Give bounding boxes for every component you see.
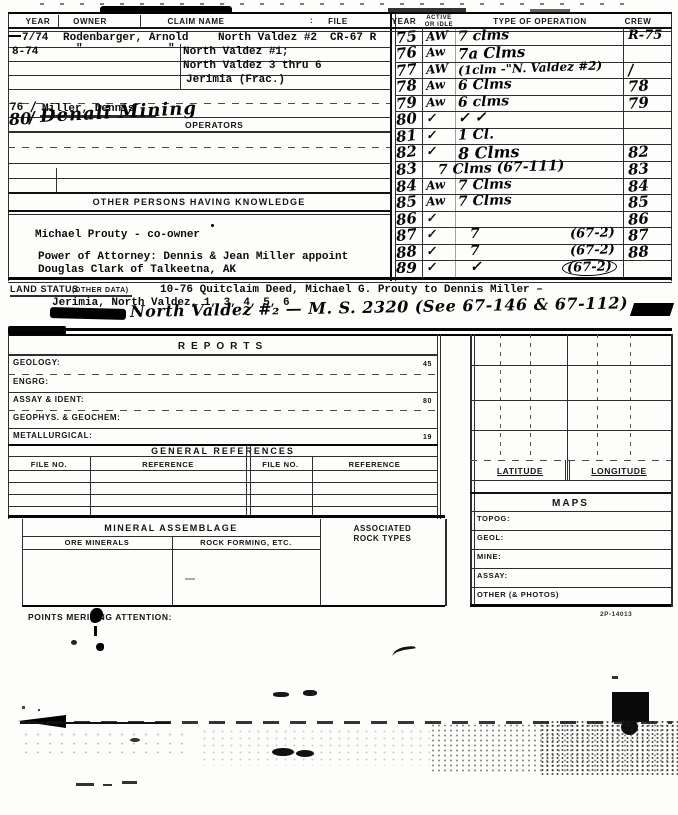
ops-row-1976: 76Aw7a Clms [392, 45, 674, 62]
ops-row-1989: 89✓✓(67-2) [392, 260, 674, 277]
ops-row-1983: 837 Clms (67-111)83 [392, 161, 674, 178]
scan-artifact [388, 8, 466, 12]
ops-crew: 88 [627, 242, 649, 261]
genref-divider [90, 456, 91, 517]
rule [8, 354, 438, 356]
row-rule [8, 147, 390, 148]
ops-operation: 7 Clms [458, 192, 512, 210]
reports-right-edge [440, 334, 441, 519]
ops-active-idle: Aw [425, 77, 445, 93]
report-row-num: 45 [412, 361, 432, 369]
rule [470, 568, 671, 569]
col-header-crew: CREW [616, 18, 660, 27]
report-row-label: GEOLOGY: [13, 359, 60, 368]
scan-dashed-line [20, 722, 170, 724]
ops-operation: 6 clms [458, 93, 510, 111]
ops-active-idle: ✓ [425, 260, 436, 275]
maps-row-geol: GEOL: [477, 534, 504, 542]
row-rule [8, 89, 390, 90]
knowledge-line: Power of Attorney: Dennis & Jean Miller … [38, 251, 348, 264]
scan-noise [200, 728, 430, 766]
scan-artifact [71, 640, 77, 645]
claim-name: North Valdez #2 [218, 32, 317, 45]
report-row-num: 80 [412, 398, 432, 406]
rule [470, 549, 671, 550]
rule [470, 587, 671, 588]
ops-file-ref: (67-2) [570, 242, 615, 259]
genref-divider [246, 446, 247, 517]
ops-crew: 79 [627, 93, 649, 112]
col-header-type-of-operation: TYPE OF OPERATION [470, 18, 610, 27]
ops-active-idle: ✓ [425, 111, 436, 126]
ops-row-1979: 79Aw6 clms79 [392, 95, 674, 112]
latlong-divider [569, 460, 570, 480]
ops-active-idle: Aw [425, 44, 445, 60]
ops-row-1978: 78Aw6 Clms78 [392, 78, 674, 95]
rule [8, 482, 438, 483]
band-rule [8, 214, 390, 215]
ops-row-1985: 85Aw7 Clms85 [392, 194, 674, 211]
report-row-label: METALLURGICAL: [13, 432, 92, 441]
rock-forming-col: ROCK FORMING, ETC. [172, 539, 320, 547]
maps-row-assay: ASSAY: [477, 572, 508, 580]
rule [8, 428, 438, 429]
ops-operation: ✓ ✓ [458, 110, 487, 127]
row-rule [8, 178, 390, 179]
rule [8, 456, 438, 457]
ops-operation: 7 Clms [458, 176, 512, 194]
claim-file: CR-67 R [330, 32, 376, 45]
rule [470, 492, 671, 494]
scan-artifact [211, 224, 214, 227]
ops-operation: 7a Clms [458, 43, 526, 63]
section-rule [8, 334, 672, 336]
ops-active-idle: AW [425, 61, 448, 77]
maps-title: MAPS [470, 498, 671, 509]
report-row-label: ASSAY & IDENT: [13, 396, 84, 405]
grid-line [597, 334, 598, 460]
report-row-label: GEOPHYS. & GEOCHEM: [13, 414, 120, 423]
scan-artifact [38, 709, 40, 711]
ops-active-idle: Aw [425, 193, 445, 209]
claim-col-divider [180, 44, 181, 89]
claim-year: 8-74 [12, 46, 38, 59]
ore-minerals-col: ORE MINERALS [22, 539, 172, 547]
rule [470, 511, 671, 512]
rule [8, 374, 438, 375]
report-row-label: ENGRG: [13, 378, 49, 387]
associated-rock-types: ASSOCIATED [320, 525, 445, 534]
genref-col-reference: REFERENCE [312, 461, 437, 469]
scan-artifact [103, 784, 112, 786]
genref-col-reference: REFERENCE [90, 461, 246, 469]
form-number: 2P-14013 [600, 611, 632, 618]
rule [8, 506, 438, 507]
section-rule [8, 282, 672, 283]
land-status-sublabel: (OTHER DATA) [72, 287, 129, 295]
rule [22, 549, 320, 550]
genref-divider [250, 446, 251, 517]
ops-operation: 1 Cl. [458, 126, 494, 143]
ops-operation: ✓ [470, 259, 482, 275]
scan-artifact [122, 781, 137, 784]
ink-blot [94, 626, 97, 636]
frame-left [8, 334, 9, 519]
grid-line [470, 400, 671, 401]
ops-row-1987: 87✓7(67-2)87 [392, 227, 674, 244]
col-header-file: FILE [318, 18, 358, 27]
ops-active-idle: ✓ [425, 244, 436, 259]
header-tick [140, 15, 141, 27]
latlong-divider [565, 460, 566, 480]
slash-mark: / [29, 108, 36, 127]
genref-col-file-no: FILE NO. [249, 461, 312, 469]
rule [8, 392, 438, 393]
band-rule [8, 210, 390, 212]
ops-row-1975: 75AW7 clmsR-75 [392, 29, 674, 46]
grid-line [530, 334, 531, 460]
grid-line [500, 334, 501, 460]
ops-active-idle: ✓ [425, 227, 436, 242]
longitude-label: LONGITUDE [569, 467, 669, 476]
rule [8, 494, 438, 495]
row-rule [8, 131, 390, 133]
knowledge-line: Michael Prouty - co-owner [35, 229, 200, 242]
genref-divider [312, 456, 313, 517]
ditto-mark: " [76, 43, 83, 56]
ops-operation: 7 [470, 243, 480, 259]
scan-artifact [50, 307, 126, 320]
operators-label: OPERATORS [185, 121, 243, 130]
knowledge-line: Douglas Clark of Talkeetna, AK [38, 264, 236, 277]
ops-active-idle: AW [425, 28, 448, 44]
report-row-num: 19 [412, 434, 432, 442]
col-header-claim-name: CLAIM NAME [146, 18, 246, 27]
ops-file-ref: (67-2) [562, 258, 617, 277]
grid-line [567, 334, 568, 480]
associated-rock-types: ROCK TYPES [320, 535, 445, 544]
scan-noise [20, 730, 190, 760]
header-colon: : [310, 17, 313, 26]
ops-operation: 7 [470, 226, 480, 242]
ops-operation: 7 Clms (67-111) [438, 158, 565, 178]
ops-row-1980: 80✓✓ ✓ [392, 111, 674, 128]
rule [8, 470, 438, 471]
ops-active-idle: ✓ [425, 144, 436, 159]
rule [8, 410, 438, 411]
ops-file-ref: (67-2) [570, 225, 615, 242]
col-header-or-idle: OR IDLE [422, 22, 456, 29]
grid-line [630, 334, 631, 460]
maps-row-mine: MINE: [477, 553, 501, 561]
reports-right-edge [437, 334, 438, 519]
rule [470, 480, 671, 481]
col-header-active: ACTIVE [422, 15, 456, 22]
scan-artifact [273, 692, 289, 697]
mineral-assemblage-title: MINERAL ASSEMBLAGE [22, 524, 320, 534]
ops-year: 89 [396, 259, 417, 277]
header-tick [58, 15, 59, 27]
scan-artifact [296, 750, 314, 757]
scan-artifact [185, 578, 195, 580]
maps-box-edge [470, 334, 472, 607]
reports-title: REPORTS [8, 341, 438, 352]
ops-active-idle: ✓ [425, 211, 436, 226]
ops-operation: (1clm -"N. Valdez #2) [458, 58, 603, 77]
scan-artifact [40, 3, 640, 5]
grid-line [470, 365, 671, 366]
rule [470, 604, 671, 607]
ops-active-idle: ✓ [425, 128, 436, 143]
grid-line [470, 460, 671, 461]
scanned-claim-card: YEAR OWNER CLAIM NAME : FILE YEAR ACTIVE… [0, 0, 678, 815]
ops-row-1988: 88✓7(67-2)88 [392, 244, 674, 261]
scan-artifact [303, 690, 317, 696]
scan-artifact [612, 676, 618, 679]
latitude-label: LATITUDE [474, 467, 566, 476]
claim-name: North Valdez 3 thru 6 [183, 60, 322, 73]
claim-year: 7/74 [22, 32, 48, 45]
scan-artifact [530, 9, 570, 12]
claim-name: Jerimia (Frac.) [186, 74, 285, 87]
band-rule [8, 192, 390, 194]
genref-col-file-no: FILE NO. [8, 461, 90, 469]
ops-operation: 6 Clms [458, 76, 512, 94]
grid-line [470, 430, 671, 431]
scan-artifact [56, 168, 57, 192]
maps-row-topog: TOPOG: [477, 515, 510, 523]
maps-row-other-photos: OTHER (& PHOTOS) [477, 591, 559, 599]
row-rule [8, 163, 390, 164]
claim-name: North Valdez #1; [183, 46, 289, 59]
scan-artifact [22, 706, 25, 709]
scan-noise [540, 720, 678, 775]
ditto-mark: " [168, 43, 175, 56]
ops-operation: 7 clms [458, 27, 510, 45]
section-rule [8, 277, 672, 280]
col-header-year: YEAR [18, 18, 58, 27]
section-rule [8, 328, 672, 331]
scan-artifact [8, 35, 21, 37]
mineral-box-edge [445, 519, 447, 606]
scan-artifact [630, 303, 674, 316]
scan-artifact [272, 748, 294, 756]
rule [22, 536, 320, 537]
rule [8, 515, 445, 518]
scan-artifact [130, 738, 140, 742]
land-status-label: LAND STATUS [10, 285, 79, 295]
col-header-year-2: YEAR [390, 18, 418, 27]
other-persons-title: OTHER PERSONS HAVING KNOWLEDGE [8, 198, 390, 208]
ops-crew: R-75 [628, 28, 662, 43]
ink-blot [96, 643, 104, 651]
scan-square [612, 692, 649, 722]
rule [22, 605, 445, 607]
rule [470, 530, 671, 531]
ops-active-idle: Aw [425, 94, 445, 110]
col-header-owner: OWNER [60, 18, 120, 27]
ops-active-idle: Aw [425, 177, 445, 193]
maps-box-edge [671, 334, 673, 607]
scan-artifact [391, 645, 416, 658]
scan-artifact [100, 6, 232, 14]
scan-artifact [76, 783, 94, 786]
